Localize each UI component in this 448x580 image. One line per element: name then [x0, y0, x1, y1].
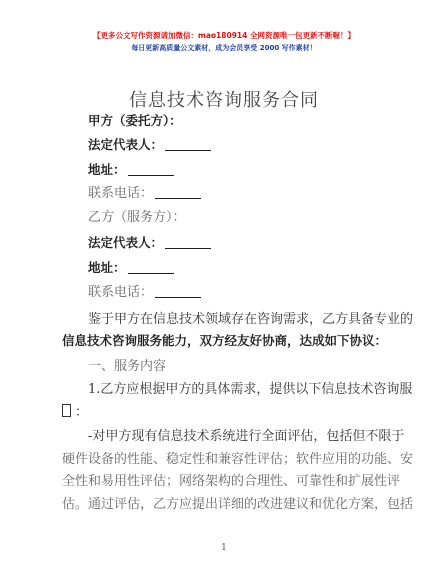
- party-b-phone-blank: [155, 285, 201, 298]
- item1-sub-line3: 全性和易用性评估；网络架构的合理性、可靠性和扩展性评: [62, 474, 392, 490]
- party-a-address-label: 地址：: [88, 162, 126, 177]
- party-a-representative-label: 法定代表人：: [88, 137, 163, 152]
- party-a-phone: 联系电话：: [88, 186, 418, 202]
- party-b-label: 乙方（服务方）：: [88, 210, 418, 226]
- party-a-address-blank: [128, 163, 174, 176]
- promo-header-line1: 【更多公文写作资源请加微信：mao180914 全网资源唯一包更新不断喔！】: [0, 30, 448, 41]
- promo-header-line2: 每日更新高质量公文素材，成为会员享受 2000 写作素材！: [0, 43, 448, 53]
- item1-line2: ：: [62, 404, 392, 421]
- party-a-phone-label: 联系电话：: [88, 186, 153, 201]
- missing-glyph-box: [62, 404, 71, 417]
- preamble-line1: 鉴于甲方在信息技术领域存在咨询需求，乙方具备专业的: [88, 312, 418, 328]
- party-b-address-blank: [128, 261, 174, 274]
- party-a-representative: 法定代表人：: [88, 137, 418, 153]
- party-a-phone-blank: [155, 186, 201, 199]
- section-heading-service-content: 一、服务内容: [88, 359, 418, 375]
- party-b-representative: 法定代表人：: [88, 235, 418, 251]
- item1-sub-line4: 估。通过评估，乙方应提出详细的改进建议和优化方案，包括: [62, 497, 392, 513]
- item1-line1: 1.乙方应根据甲方的具体需求，提供以下信息技术咨询服: [88, 382, 418, 398]
- item1-sub-line2: 硬件设备的性能、稳定性和兼容性评估；软件应用的功能、安: [62, 452, 392, 468]
- page-number: 1: [0, 543, 448, 553]
- item1-line2-text: ：: [75, 405, 88, 420]
- party-a-label: 甲方（委托方）：: [88, 113, 418, 129]
- party-b-phone-label: 联系电话：: [88, 285, 153, 300]
- document-title: 信息技术咨询服务合同: [0, 86, 448, 112]
- party-b-phone: 联系电话：: [88, 285, 418, 301]
- party-a-address: 地址：: [88, 162, 418, 178]
- party-b-address-label: 地址：: [88, 260, 126, 275]
- preamble-line2: 信息技术咨询服务能力，双方经友好协商，达成如下协议：: [62, 333, 392, 349]
- item1-sub-line1: -对甲方现有信息技术系统进行全面评估，包括但不限于: [88, 429, 418, 445]
- party-a-representative-blank: [165, 138, 211, 151]
- party-b-address: 地址：: [88, 260, 418, 276]
- party-b-representative-blank: [165, 236, 211, 249]
- party-b-representative-label: 法定代表人：: [88, 235, 163, 250]
